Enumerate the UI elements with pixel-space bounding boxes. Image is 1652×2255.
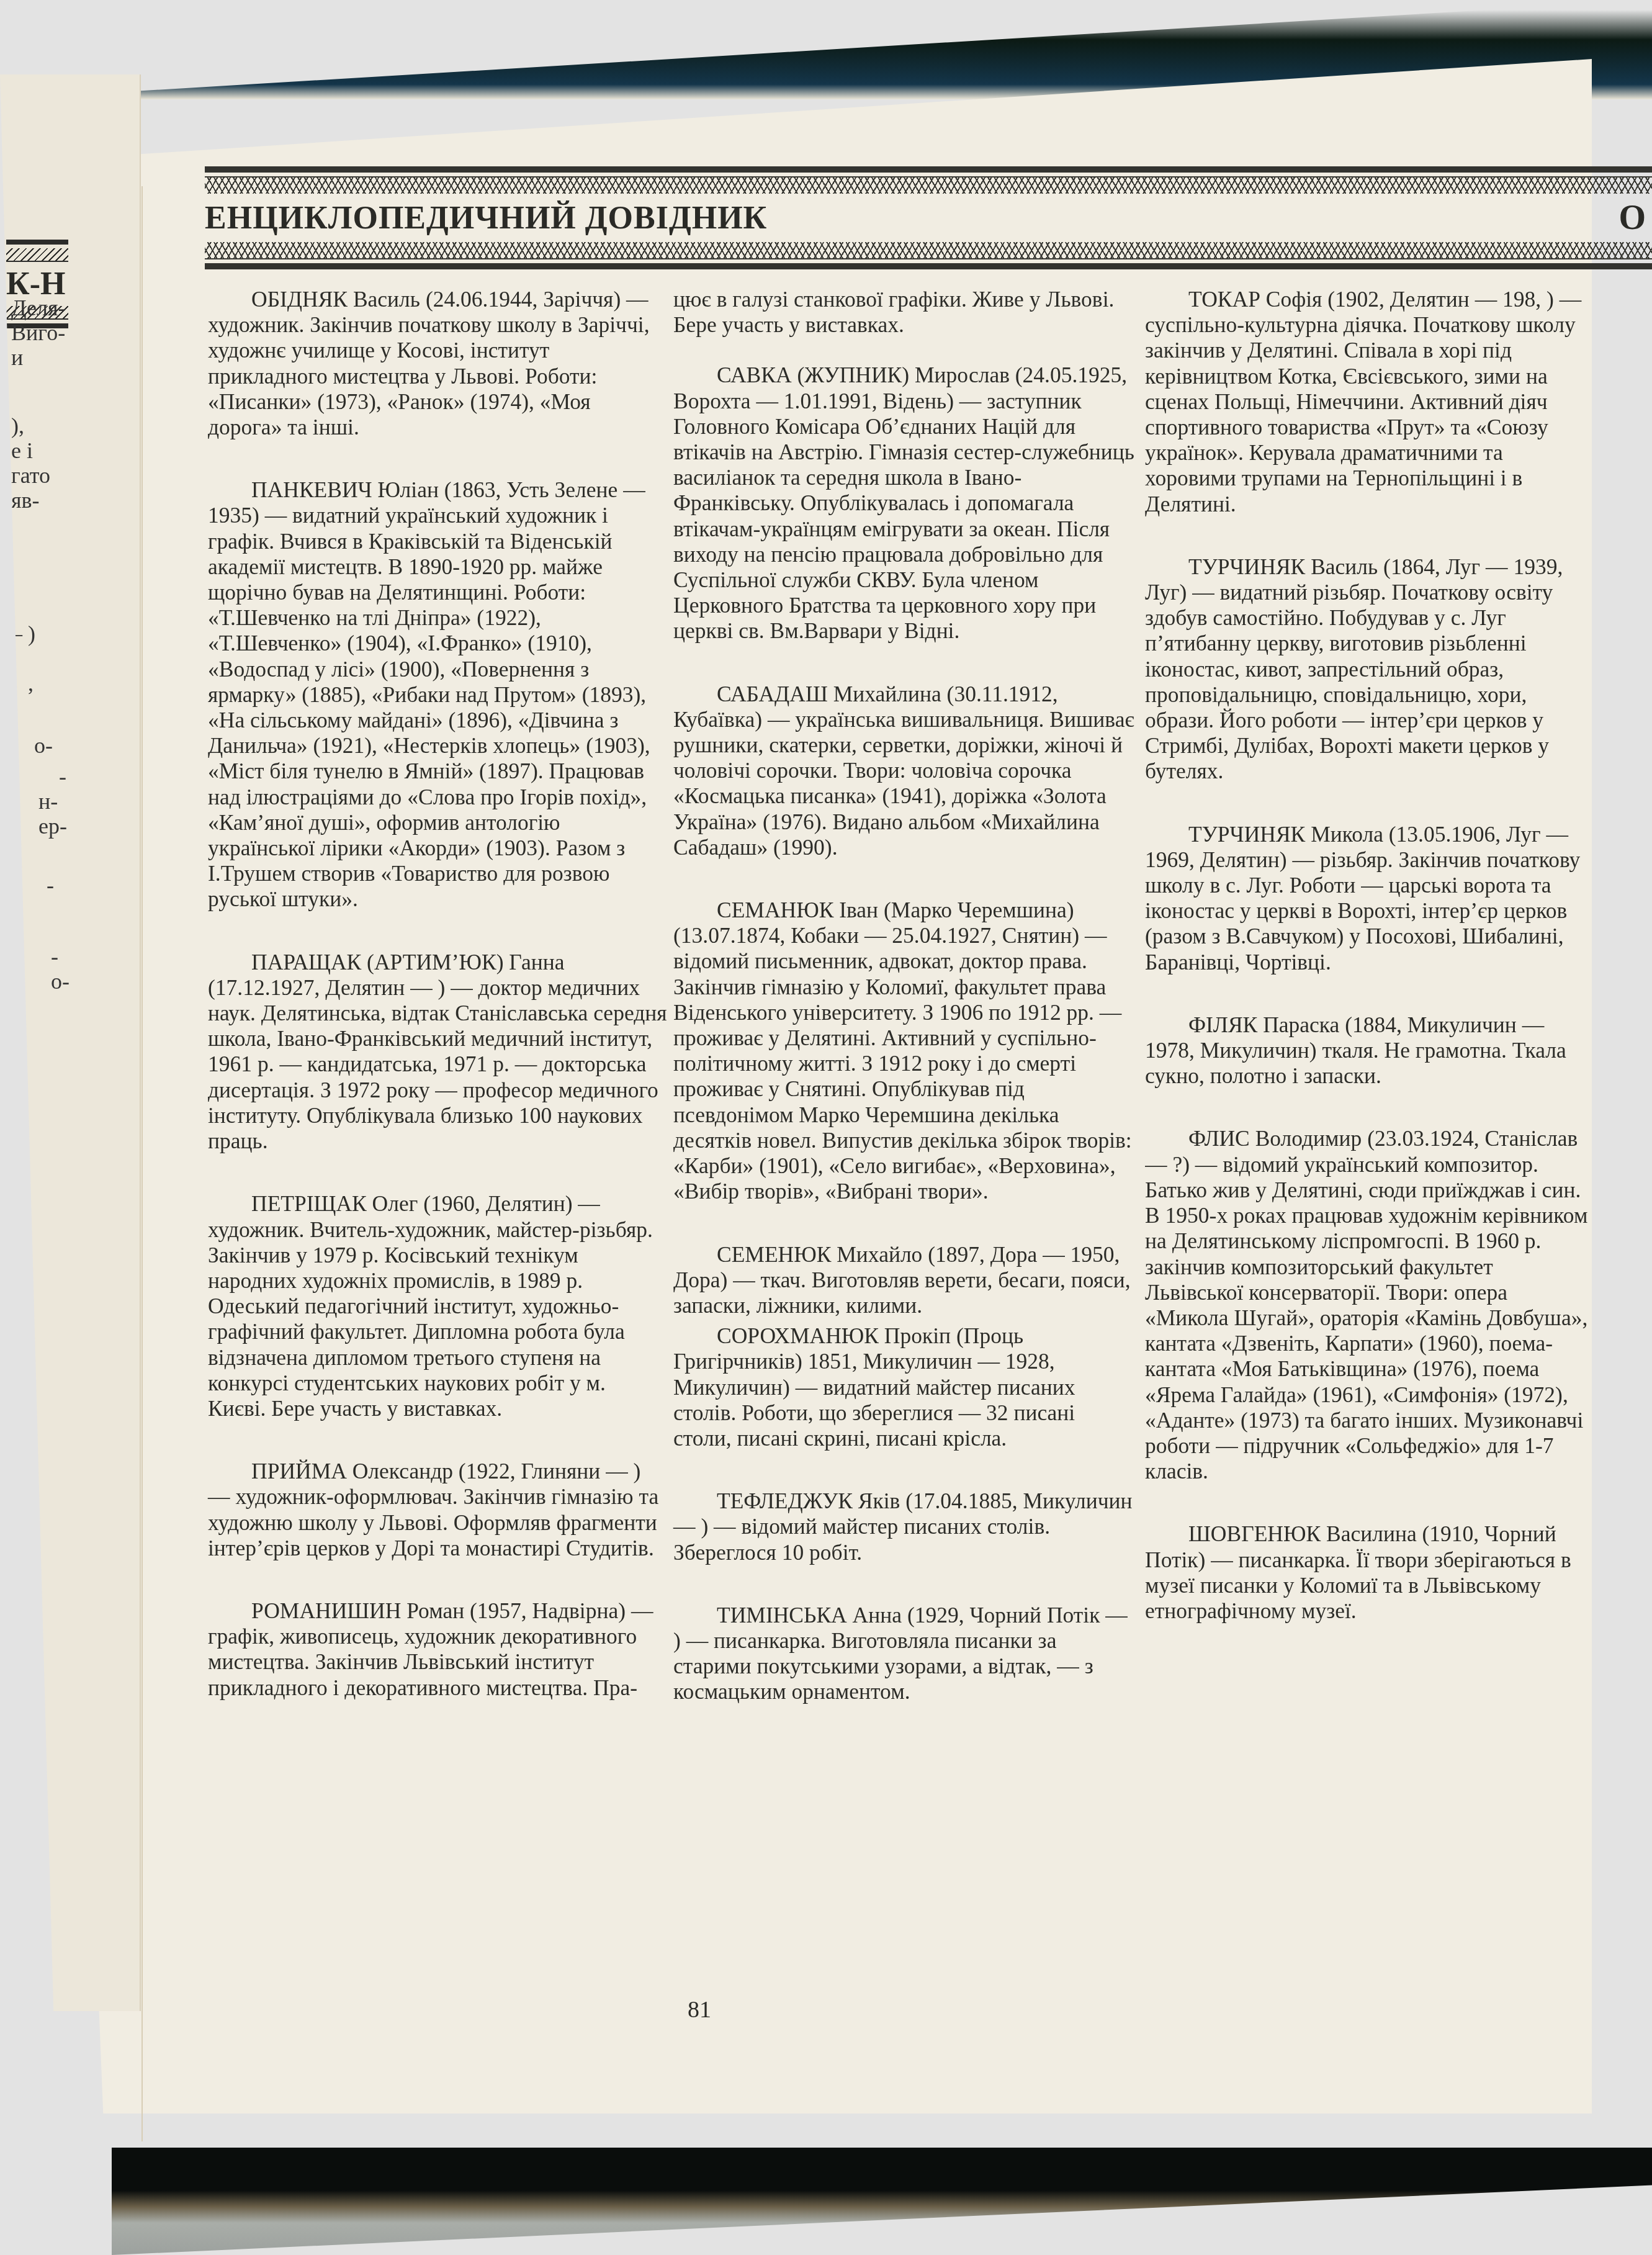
entry-heading: ТУРЧИНЯК Василь <box>1188 554 1378 579</box>
encyclopedia-entry: ПЕТРІЩАК Олег (1960, Делятин) — художник… <box>208 1191 667 1421</box>
entry-heading: ПАНКЕВИЧ Юліан <box>251 477 439 502</box>
text-fragment: и <box>11 344 23 371</box>
entry-heading: ФЛИС Володимир <box>1188 1126 1362 1151</box>
header-title: ЕНЦИКЛОПЕДИЧНИЙ ДОВІДНИК <box>205 200 767 236</box>
entry-heading: ОБІДНЯК Василь <box>251 287 420 312</box>
entry-heading: РОМАНИШИН Роман <box>251 1598 464 1623</box>
text-fragment: - <box>47 872 54 898</box>
header-section-letter: О <box>1618 198 1646 238</box>
encyclopedia-entry: ФЛИС Володимир (23.03.1924, Станіслав — … <box>1145 1126 1592 1484</box>
entry-continuation: цює в галузі станкової графіки. Живе у Л… <box>673 287 1136 338</box>
encyclopedia-entry: ПАРАЩАК (АРТИМ’ЮК) Ганна (17.12.1927, Де… <box>208 950 667 1155</box>
text-fragment: - <box>51 943 58 970</box>
zigzag-ornament <box>205 242 1652 259</box>
encyclopedia-entry: ТУРЧИНЯК Василь (1864, Луг — 1939, Луг) … <box>1145 554 1592 785</box>
text-fragment: Деля- <box>11 295 66 321</box>
entry-heading: САБАДАШ Михайлина <box>717 682 941 706</box>
text-fragment: яв- <box>11 487 40 513</box>
entry-text: (17.12.1927, Делятин — ) — доктор медичн… <box>208 975 667 1153</box>
text-column-3: ТОКАР Софія (1902, Делятин — 198, ) — су… <box>1145 287 1592 1661</box>
entry-text: (24.05.1925, Ворохта — 1.01.1991, Відень… <box>673 362 1134 643</box>
text-column-2: цює в галузі станкової графіки. Живе у Л… <box>673 287 1136 1742</box>
book-edge-bottom <box>112 2148 1652 2255</box>
entry-text: (1864, Луг — 1939, Луг) — видатний різьб… <box>1145 554 1563 784</box>
entry-text: (1863, Усть Зелене — 1935) — видатний ук… <box>208 477 650 911</box>
text-fragment: о- <box>51 968 70 994</box>
adjacent-page-fragment: К-Н Деля- Виго- и ), е і гато яв- – ) , … <box>0 74 141 2011</box>
encyclopedia-entry: ТЕФЛЕДЖУК Яків (17.04.1885, Микуличин — … <box>673 1488 1136 1565</box>
entry-heading: САВКА (ЖУПНИК) Мирослав <box>717 362 1010 387</box>
entry-heading: ФІЛЯК Параска <box>1188 1012 1339 1037</box>
encyclopedia-entry: ФІЛЯК Параска (1884, Микуличин — 1978, М… <box>1145 1012 1592 1089</box>
zigzag-ornament <box>205 176 1652 194</box>
encyclopedia-entry: СЕМАНЮК Іван (Марко Черемшина) (13.07.18… <box>673 898 1136 1204</box>
entry-heading: СЕМАНЮК Іван <box>717 898 878 922</box>
text-fragment: Виго- <box>11 320 65 346</box>
entry-text: (30.11.1912, Кубаївка) — українська виши… <box>673 682 1134 860</box>
entry-heading: ШОВГЕНЮК Василина <box>1188 1521 1417 1546</box>
encyclopedia-entry: ШОВГЕНЮК Василина (1910, Чорний Потік) —… <box>1145 1521 1592 1624</box>
text-fragment: о- <box>34 732 53 758</box>
text-fragment: н- <box>38 788 58 814</box>
entry-text: (1960, Делятин) — художник. Вчитель-худо… <box>208 1191 653 1421</box>
text-column-1: ОБІДНЯК Василь (24.06.1944, Заріччя) — х… <box>208 287 667 1738</box>
entry-heading: ТОКАР Софія <box>1188 287 1322 312</box>
entry-heading: ПЕТРІЩАК Олег <box>251 1191 418 1216</box>
ornament-rule <box>205 263 1652 269</box>
ornament-rule <box>205 166 1652 173</box>
text-fragment: - <box>59 763 66 790</box>
encyclopedia-entry: САВКА (ЖУПНИК) Мирослав (24.05.1925, Вор… <box>673 362 1136 644</box>
entry-text: (Марко Черемшина) (13.07.1874, Кобаки — … <box>673 898 1132 1204</box>
entry-heading: ТЕФЛЕДЖУК Яків <box>717 1488 900 1513</box>
entry-text: (1902, Делятин — 198, ) — суспільно-куль… <box>1145 287 1581 516</box>
page-gutter <box>141 186 143 2141</box>
entry-heading: СЕМЕНЮК Михайло <box>717 1242 922 1267</box>
entry-heading: СОРОХМАНЮК Прокіп <box>717 1323 951 1348</box>
entry-heading: ПАРАЩАК (АРТИМ’ЮК) Ганна <box>251 950 564 974</box>
text-fragment: – ) <box>11 621 35 647</box>
text-fragment: гато <box>11 462 50 488</box>
encyclopedia-entry: ТУРЧИНЯК Микола (13.05.1906, Луг — 1969,… <box>1145 822 1592 975</box>
encyclopedia-entry: САБАДАШ Михайлина (30.11.1912, Кубаївка)… <box>673 682 1136 860</box>
encyclopedia-entry: СЕМЕНЮК Михайло (1897, Дора — 1950, Дора… <box>673 1242 1136 1319</box>
entry-text: (23.03.1924, Станіслав — ?) — відомий ук… <box>1145 1126 1587 1483</box>
encyclopedia-entry: ОБІДНЯК Василь (24.06.1944, Заріччя) — х… <box>208 287 667 440</box>
entry-heading: ПРИЙМА Олександр <box>251 1459 453 1483</box>
encyclopedia-entry: ПАНКЕВИЧ Юліан (1863, Усть Зелене — 1935… <box>208 477 667 912</box>
text-fragment: ер- <box>38 813 67 839</box>
page-number: 81 <box>688 1996 711 2023</box>
text-fragment: е і <box>11 438 33 464</box>
encyclopedia-entry: ПРИЙМА Олександр (1922, Глиняни — ) — ху… <box>208 1459 667 1561</box>
text-fragment: , <box>28 670 34 696</box>
encyclopedia-entry: РОМАНИШИН Роман (1957, Надвірна) — графі… <box>208 1598 667 1701</box>
encyclopedia-entry: СОРОХМАНЮК Прокіп (Проць Григірчників) 1… <box>673 1323 1136 1451</box>
encyclopedia-entry: ТИМІНСЬКА Анна (1929, Чорний Потік — ) —… <box>673 1603 1136 1705</box>
encyclopedia-entry: ТОКАР Софія (1902, Делятин — 198, ) — су… <box>1145 287 1592 517</box>
entry-heading: ТУРЧИНЯК Микола <box>1188 822 1383 847</box>
running-header: ЕНЦИКЛОПЕДИЧНИЙ ДОВІДНИК О <box>205 166 1652 269</box>
entry-heading: ТИМІНСЬКА Анна <box>717 1603 902 1627</box>
text-fragment: ), <box>11 413 24 439</box>
